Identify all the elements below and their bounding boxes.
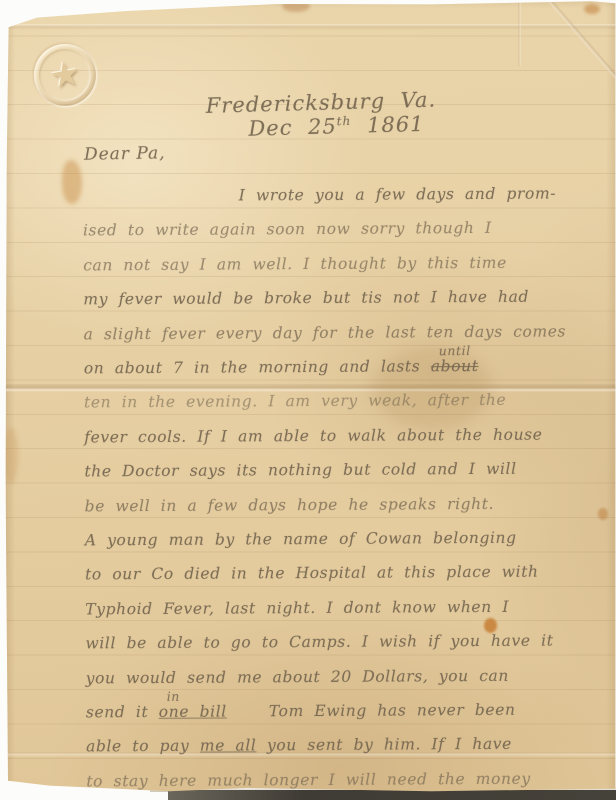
letter-text-segment: about [431, 357, 479, 375]
letter-text-segment: the Doctor says its nothing but cold and… [84, 460, 516, 481]
letter-line: will be able to go to Camps. I wish if y… [85, 632, 553, 665]
letter-text-segment: ised to write again soon now sorry thoug… [83, 219, 492, 239]
letter-line: send it inone bill Tom Ewing has never b… [86, 701, 516, 734]
letter-text-segment: I wrote you a few days and prom- [239, 184, 556, 204]
letter-text-segment: you would send me about 20 Dollars, you … [86, 666, 509, 687]
letter-line: A young man by the name of Cowan belongi… [85, 529, 517, 562]
letter-text-segment: will be able to go to Camps. I wish if y… [85, 632, 553, 653]
letter-text-segment: to stay here much longer I will need the… [86, 769, 530, 790]
letter-line: be well in a few days hope he speaks rig… [85, 494, 495, 527]
letter-line: ten in the evening. I am very weak, afte… [84, 391, 506, 424]
correction-wrap: inone bill [159, 703, 227, 721]
letter-text-segment: Tom Ewing has never been [227, 701, 516, 721]
letter-line: able to pay me all you sent by him. If I… [86, 735, 512, 768]
letter-line: on about 7 in the morning and lasts unti… [84, 357, 479, 389]
letter-line: can not say I am well. I thought by this… [83, 254, 507, 287]
letter-line: I wrote you a few days and prom- [83, 184, 557, 217]
letter-text-segment: to our Co died in the Hospital at this p… [85, 563, 539, 584]
letter-line: Typhoid Fever, last night. I dont know w… [85, 598, 509, 631]
letter-sheet: ★ Fredericksburg Va. Dec 25th 1861 Dear … [0, 0, 616, 800]
scan-background-edge [168, 790, 616, 800]
letter-text-segment: send it [86, 703, 159, 721]
letter-text-segment: ten in the evening. I am very weak, afte… [84, 391, 506, 412]
interline-insertion: in [167, 689, 180, 704]
letter-line: ised to write again soon now sorry thoug… [83, 219, 492, 251]
letter-text-segment: my fever would be broke but tis not I ha… [83, 288, 529, 309]
interline-insertion: until [439, 343, 471, 358]
letter-line: fever cools. If I am able to walk about … [84, 425, 542, 458]
letter-text-segment: one bill [159, 703, 227, 721]
letter-text-segment: A young man by the name of Cowan belongi… [85, 529, 517, 550]
letter-text-segment: fever cools. If I am able to walk about … [84, 425, 542, 446]
letter-text-segment: on about 7 in the morning and lasts [84, 357, 431, 377]
letter-text-segment: be well in a few days hope he speaks rig… [85, 494, 495, 515]
letter-text-segment: can not say I am well. I thought by this… [83, 254, 507, 275]
scanned-letter-page: ★ Fredericksburg Va. Dec 25th 1861 Dear … [0, 0, 616, 800]
letter-text-segment: me all [200, 737, 257, 755]
letter-text-segment: a slight fever every day for the last te… [84, 322, 567, 343]
letter-line: a slight fever every day for the last te… [84, 322, 567, 355]
letter-text-segment: Typhoid Fever, last night. I dont know w… [85, 598, 509, 619]
letter-line: to our Co died in the Hospital at this p… [85, 563, 539, 596]
letter-line: my fever would be broke but tis not I ha… [83, 288, 529, 321]
letter-line: the Doctor says its nothing but cold and… [84, 460, 516, 493]
letter-line: you would send me about 20 Dollars, you … [86, 666, 509, 699]
letter-text-segment: you sent by him. If I have [256, 735, 512, 755]
letter-body: I wrote you a few days and prom-ised to … [0, 0, 616, 800]
letter-text-segment: able to pay [86, 737, 200, 756]
correction-wrap: untilabout [431, 357, 479, 375]
